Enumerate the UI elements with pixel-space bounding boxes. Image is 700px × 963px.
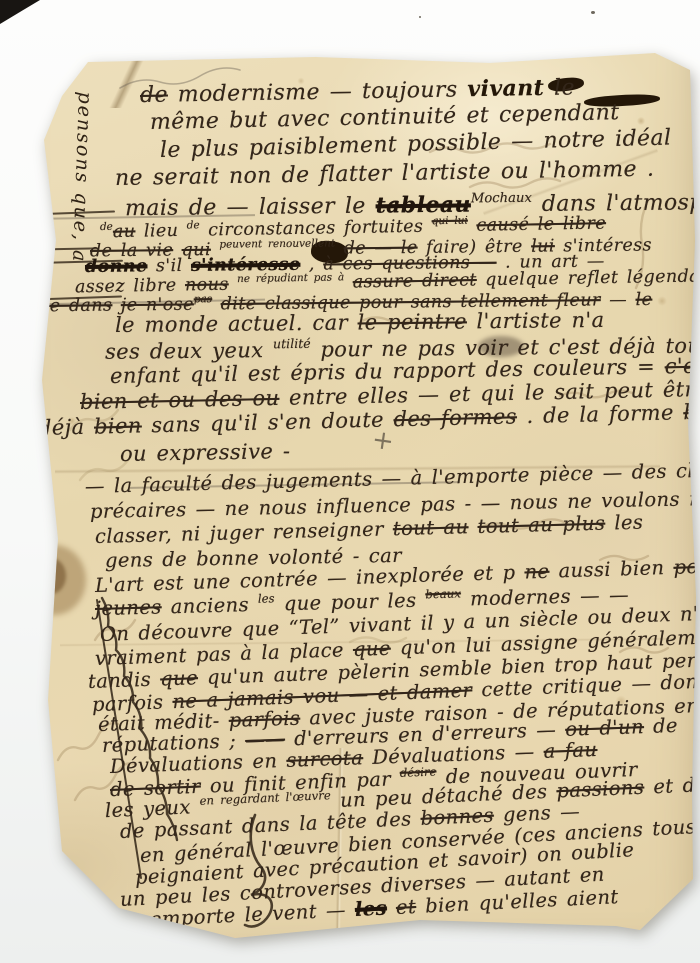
manuscript-paper: pensons que, a + de modernisme — toujour… xyxy=(0,0,700,963)
paper-shadow-wrap: pensons que, a + de modernisme — toujour… xyxy=(0,0,700,963)
scanned-manuscript: pensons que, a + de modernisme — toujour… xyxy=(0,0,700,963)
manuscript-lines: de modernisme — toujours vivant lemême b… xyxy=(0,0,700,963)
manuscript-line: le monde actuel. car le peintre l'artist… xyxy=(115,310,605,336)
paper-stain xyxy=(6,646,17,656)
manuscript-line: ne serait non de flatter l'artiste ou l'… xyxy=(115,159,655,190)
paper-stain xyxy=(12,616,32,633)
manuscript-line: ou expressive - xyxy=(120,441,291,465)
